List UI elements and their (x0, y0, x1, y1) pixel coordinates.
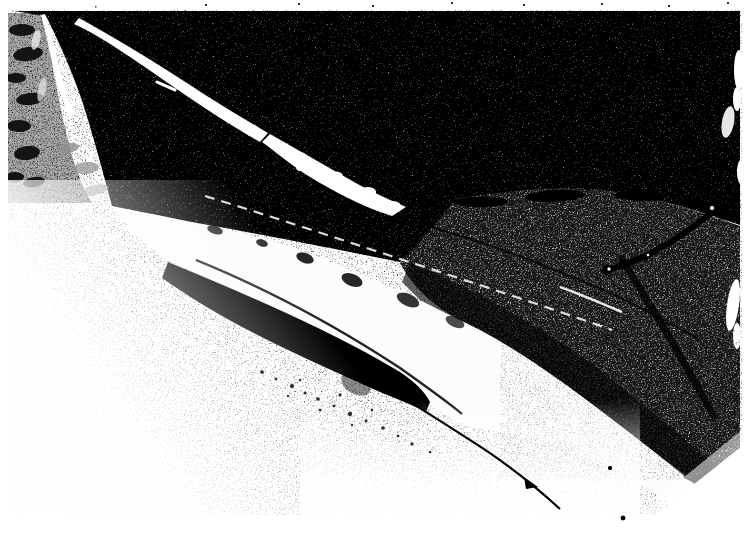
photo-canvas (0, 0, 750, 556)
speck-dot (621, 516, 626, 521)
exposure-fade (0, 180, 750, 556)
margin-bottom (0, 521, 750, 556)
margin-top (0, 0, 750, 10)
speck-dot (608, 466, 612, 470)
margin-right (742, 0, 750, 556)
margin-left (0, 0, 8, 556)
aerial-photograph (0, 0, 750, 556)
